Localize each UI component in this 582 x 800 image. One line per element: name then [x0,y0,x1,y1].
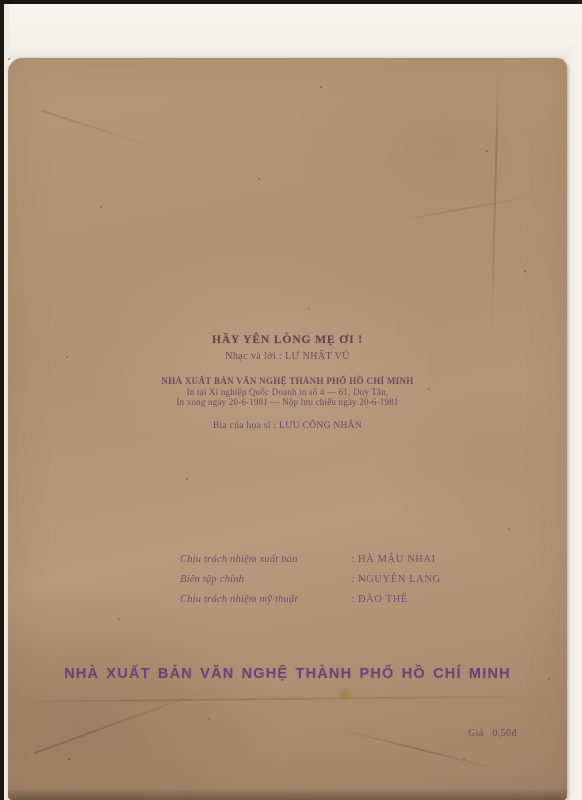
song-title: HÃY YÊN LÒNG MẸ ƠI ! [8,334,567,346]
scanner-bed-right [567,44,582,800]
publisher-footer-line: NHÀ XUẤT BẢN VĂN NGHỆ THÀNH PHỐ HỒ CHÍ M… [8,666,567,682]
credit-name: ĐÀO THẾ [358,594,480,605]
credit-row: Chịu trách nhiệm mỹ thuật : ĐÀO THẾ [180,594,480,605]
paper-speckles [8,58,10,60]
crease-line [41,110,156,149]
crease-line [34,684,223,754]
paper-back-cover: HÃY YÊN LÒNG MẸ ƠI ! Nhạc và lời : LƯ NH… [8,58,567,800]
imprint-publisher-line: NHÀ XUẤT BẢN VĂN NGHỆ THÀNH PHỐ HỒ CHÍ M… [8,376,567,387]
scanner-bed-top [4,4,582,60]
imprint-block: NHÀ XUẤT BẢN VĂN NGHỆ THÀNH PHỐ HỒ CHÍ M… [8,376,567,408]
credit-row: Biên tập chính : NGUYỄN LANG [180,574,480,585]
credit-row: Chịu trách nhiệm xuất bản : HÀ MẬU NHAI [180,554,480,565]
imprint-dates-line: In xong ngày 20-6-1981 — Nộp lưu chiểu n… [8,397,567,408]
crease-line [389,195,537,223]
credit-colon: : [348,594,358,605]
credit-label: Chịu trách nhiệm xuất bản [180,554,348,565]
stain-mark [338,688,354,701]
credit-label: Biên tập chính [180,574,348,585]
music-byline: Nhạc và lời : LƯ NHẤT VŨ [8,351,567,362]
credit-label: Chịu trách nhiệm mỹ thuật [180,594,348,605]
scanned-back-cover: HÃY YÊN LÒNG MẸ ƠI ! Nhạc và lời : LƯ NH… [0,0,582,800]
imprint-printer-line: In tại Xí nghiệp Quốc Doanh in số 4 — 61… [8,387,567,398]
credit-name: HÀ MẬU NHAI [358,554,480,565]
credit-name: NGUYỄN LANG [358,574,480,585]
credits-block: Chịu trách nhiệm xuất bản : HÀ MẬU NHAI … [180,554,480,614]
crease-line [18,695,548,703]
cover-artist-credit: Bìa của họa sĩ : LƯU CÔNG NHÂN [8,421,567,431]
credit-colon: : [348,574,358,585]
crease-line [490,66,499,336]
price-label: Giá 0,50đ [468,728,517,739]
credit-colon: : [348,554,358,565]
